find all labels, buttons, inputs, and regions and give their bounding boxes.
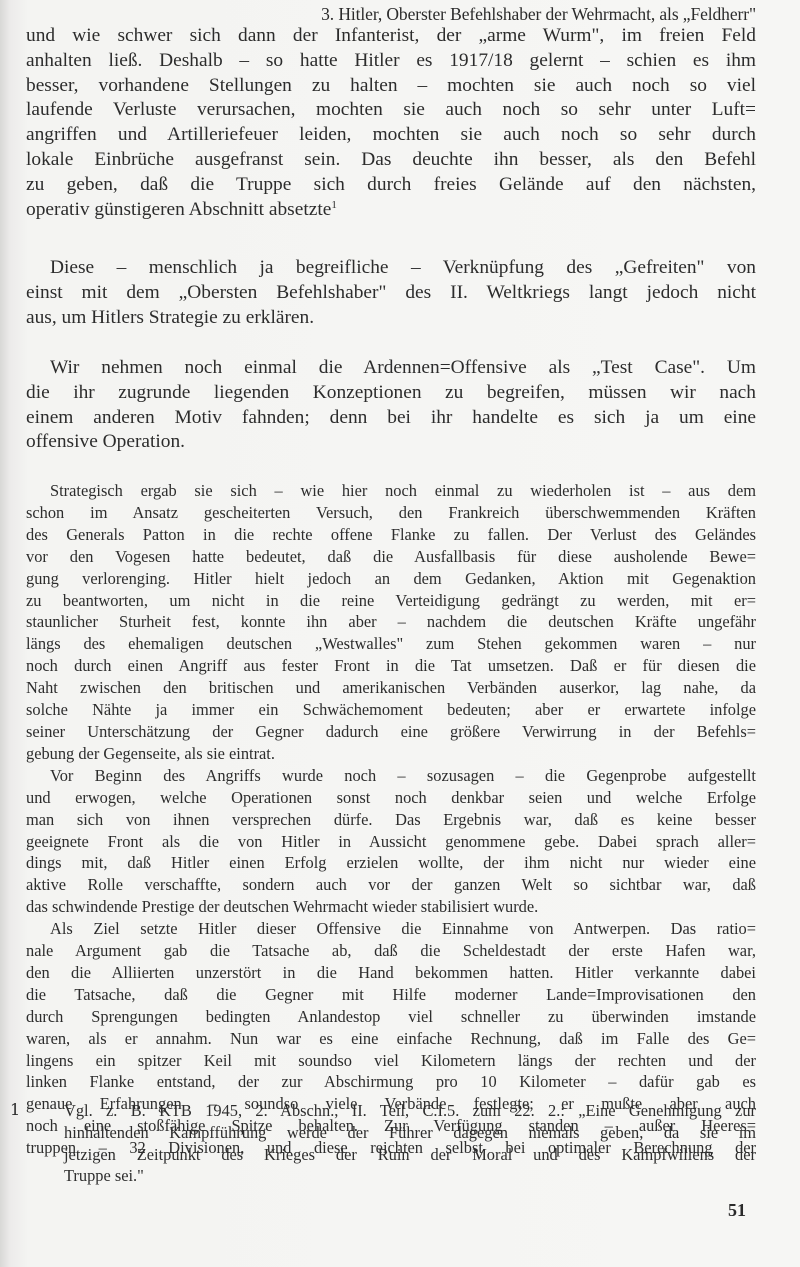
footnote-marker: 1: [10, 1100, 20, 1119]
text-line: längs des ehemaligen deutschen „Westwall…: [26, 633, 756, 655]
text-line: anhalten ließ. Deshalb – so hatte Hitler…: [26, 49, 756, 74]
text-line: den die Alliierten unzerstört in die Han…: [26, 962, 756, 984]
text-line: Als Ziel setzte Hitler dieser Offensive …: [26, 918, 756, 940]
paragraph-2: Diese – menschlich ja begreifliche – Ver…: [26, 256, 756, 330]
text-line: Strategisch ergab sie sich – wie hier no…: [26, 480, 756, 502]
text-line: zu beantworten, um nicht in die reine Ve…: [26, 590, 756, 612]
text-line: laufende Verluste verursachen, mochten s…: [26, 98, 756, 123]
footnote-line: jetzigen Zeitpunkt des Krieges der Ruin …: [64, 1144, 756, 1166]
text-line: des Generals Patton in die rechte offene…: [26, 524, 756, 546]
text-line: lokale Einbrüche ausgefranst sein. Das d…: [26, 148, 756, 173]
text-line: zu geben, daß die Truppe sich durch frei…: [26, 173, 756, 198]
text-line: man sich von ihnen versprechen dürfe. Da…: [26, 809, 756, 831]
text-line: Vor Beginn des Angriffs wurde noch – soz…: [26, 765, 756, 787]
book-page: 3. Hitler, Oberster Befehlshaber der Weh…: [0, 0, 800, 1267]
text-line: linken Flanke entstand, der zur Abschirm…: [26, 1071, 756, 1093]
text-line: Wir nehmen noch einmal die Ardennen=Offe…: [26, 356, 756, 381]
text-line: die Tatsache, daß die Gegner mit Hilfe m…: [26, 984, 756, 1006]
text-line: einem anderen Motiv fahnden; denn bei ih…: [26, 406, 756, 431]
text-line: waren, als er annahm. Nun war es eine ei…: [26, 1028, 756, 1050]
text-line-with-footnote: operativ günstigeren Abschnitt absetzte1: [26, 198, 756, 223]
text-line: angriffen und Artilleriefeuer leiden, mo…: [26, 123, 756, 148]
text-line: geeignete Front als die von Hitler in Au…: [26, 831, 756, 853]
text-line: Diese – menschlich ja begreifliche – Ver…: [26, 256, 756, 281]
footnote-line: hinhaltenden Kampfführung werde der Führ…: [64, 1122, 756, 1144]
text-line: noch durch einen Angriff aus fester Fron…: [26, 655, 756, 677]
text-line: nale Argument gab die Tatsache ab, daß d…: [26, 940, 756, 962]
text-line: offensive Operation.: [26, 430, 756, 455]
paragraph-3: Wir nehmen noch einmal die Ardennen=Offe…: [26, 356, 756, 455]
text-line: das schwindende Prestige der deutschen W…: [26, 896, 756, 918]
small-paragraph-2: Vor Beginn des Angriffs wurde noch – soz…: [26, 765, 756, 918]
footnote-line: Truppe sei.": [64, 1165, 756, 1187]
text-line: seiner Unterschätzung der Gegner dadurch…: [26, 721, 756, 743]
page-number: 51: [728, 1200, 746, 1221]
text-line: lingens ein spitzer Keil mit soundso vie…: [26, 1050, 756, 1072]
text-line: aus, um Hitlers Strategie zu erklären.: [26, 306, 756, 331]
text-line: und erwogen, welche Operationen sonst no…: [26, 787, 756, 809]
text-line: aktive Rolle verschaffte, sondern auch v…: [26, 874, 756, 896]
text-line: schon im Ansatz gescheiterten Versuch, d…: [26, 502, 756, 524]
text-line: einst mit dem „Obersten Befehlshaber" de…: [26, 281, 756, 306]
text-line: gebung der Gegenseite, als sie eintrat.: [26, 743, 756, 765]
paragraph-1: und wie schwer sich dann der Infanterist…: [26, 24, 756, 222]
footnote-line: Vgl. z. B. KTB 1945, 2. Abschn., II. Tei…: [64, 1100, 756, 1122]
footnote: Vgl. z. B. KTB 1945, 2. Abschn., II. Tei…: [64, 1100, 756, 1187]
text-line: vor den Vogesen hatte bedeutet, daß die …: [26, 546, 756, 568]
text-line: die ihr zugrunde liegenden Konzeptionen …: [26, 381, 756, 406]
text-line: besser, vorhandene Stellungen zu halten …: [26, 74, 756, 99]
small-paragraph-1: Strategisch ergab sie sich – wie hier no…: [26, 480, 756, 765]
running-header: 3. Hitler, Oberster Befehlshaber der Weh…: [228, 4, 756, 25]
text-line: und wie schwer sich dann der Infanterist…: [26, 24, 756, 49]
text-line: operativ günstigeren Abschnitt absetzte: [26, 199, 331, 220]
footnote-reference[interactable]: 1: [331, 199, 337, 211]
text-line: staunlicher Sturheit fest, konnte ihn ab…: [26, 611, 756, 633]
text-line: Naht zwischen den britischen und amerika…: [26, 677, 756, 699]
text-line: solche Nähte ja immer ein Schwächemoment…: [26, 699, 756, 721]
text-line: dings mit, daß Hitler einen Erfolg erzie…: [26, 852, 756, 874]
text-line: gung verlorenging. Hitler hielt jedoch a…: [26, 568, 756, 590]
text-line: durch Sprengungen bedingten Anlandestop …: [26, 1006, 756, 1028]
small-print-section: Strategisch ergab sie sich – wie hier no…: [26, 480, 756, 1159]
